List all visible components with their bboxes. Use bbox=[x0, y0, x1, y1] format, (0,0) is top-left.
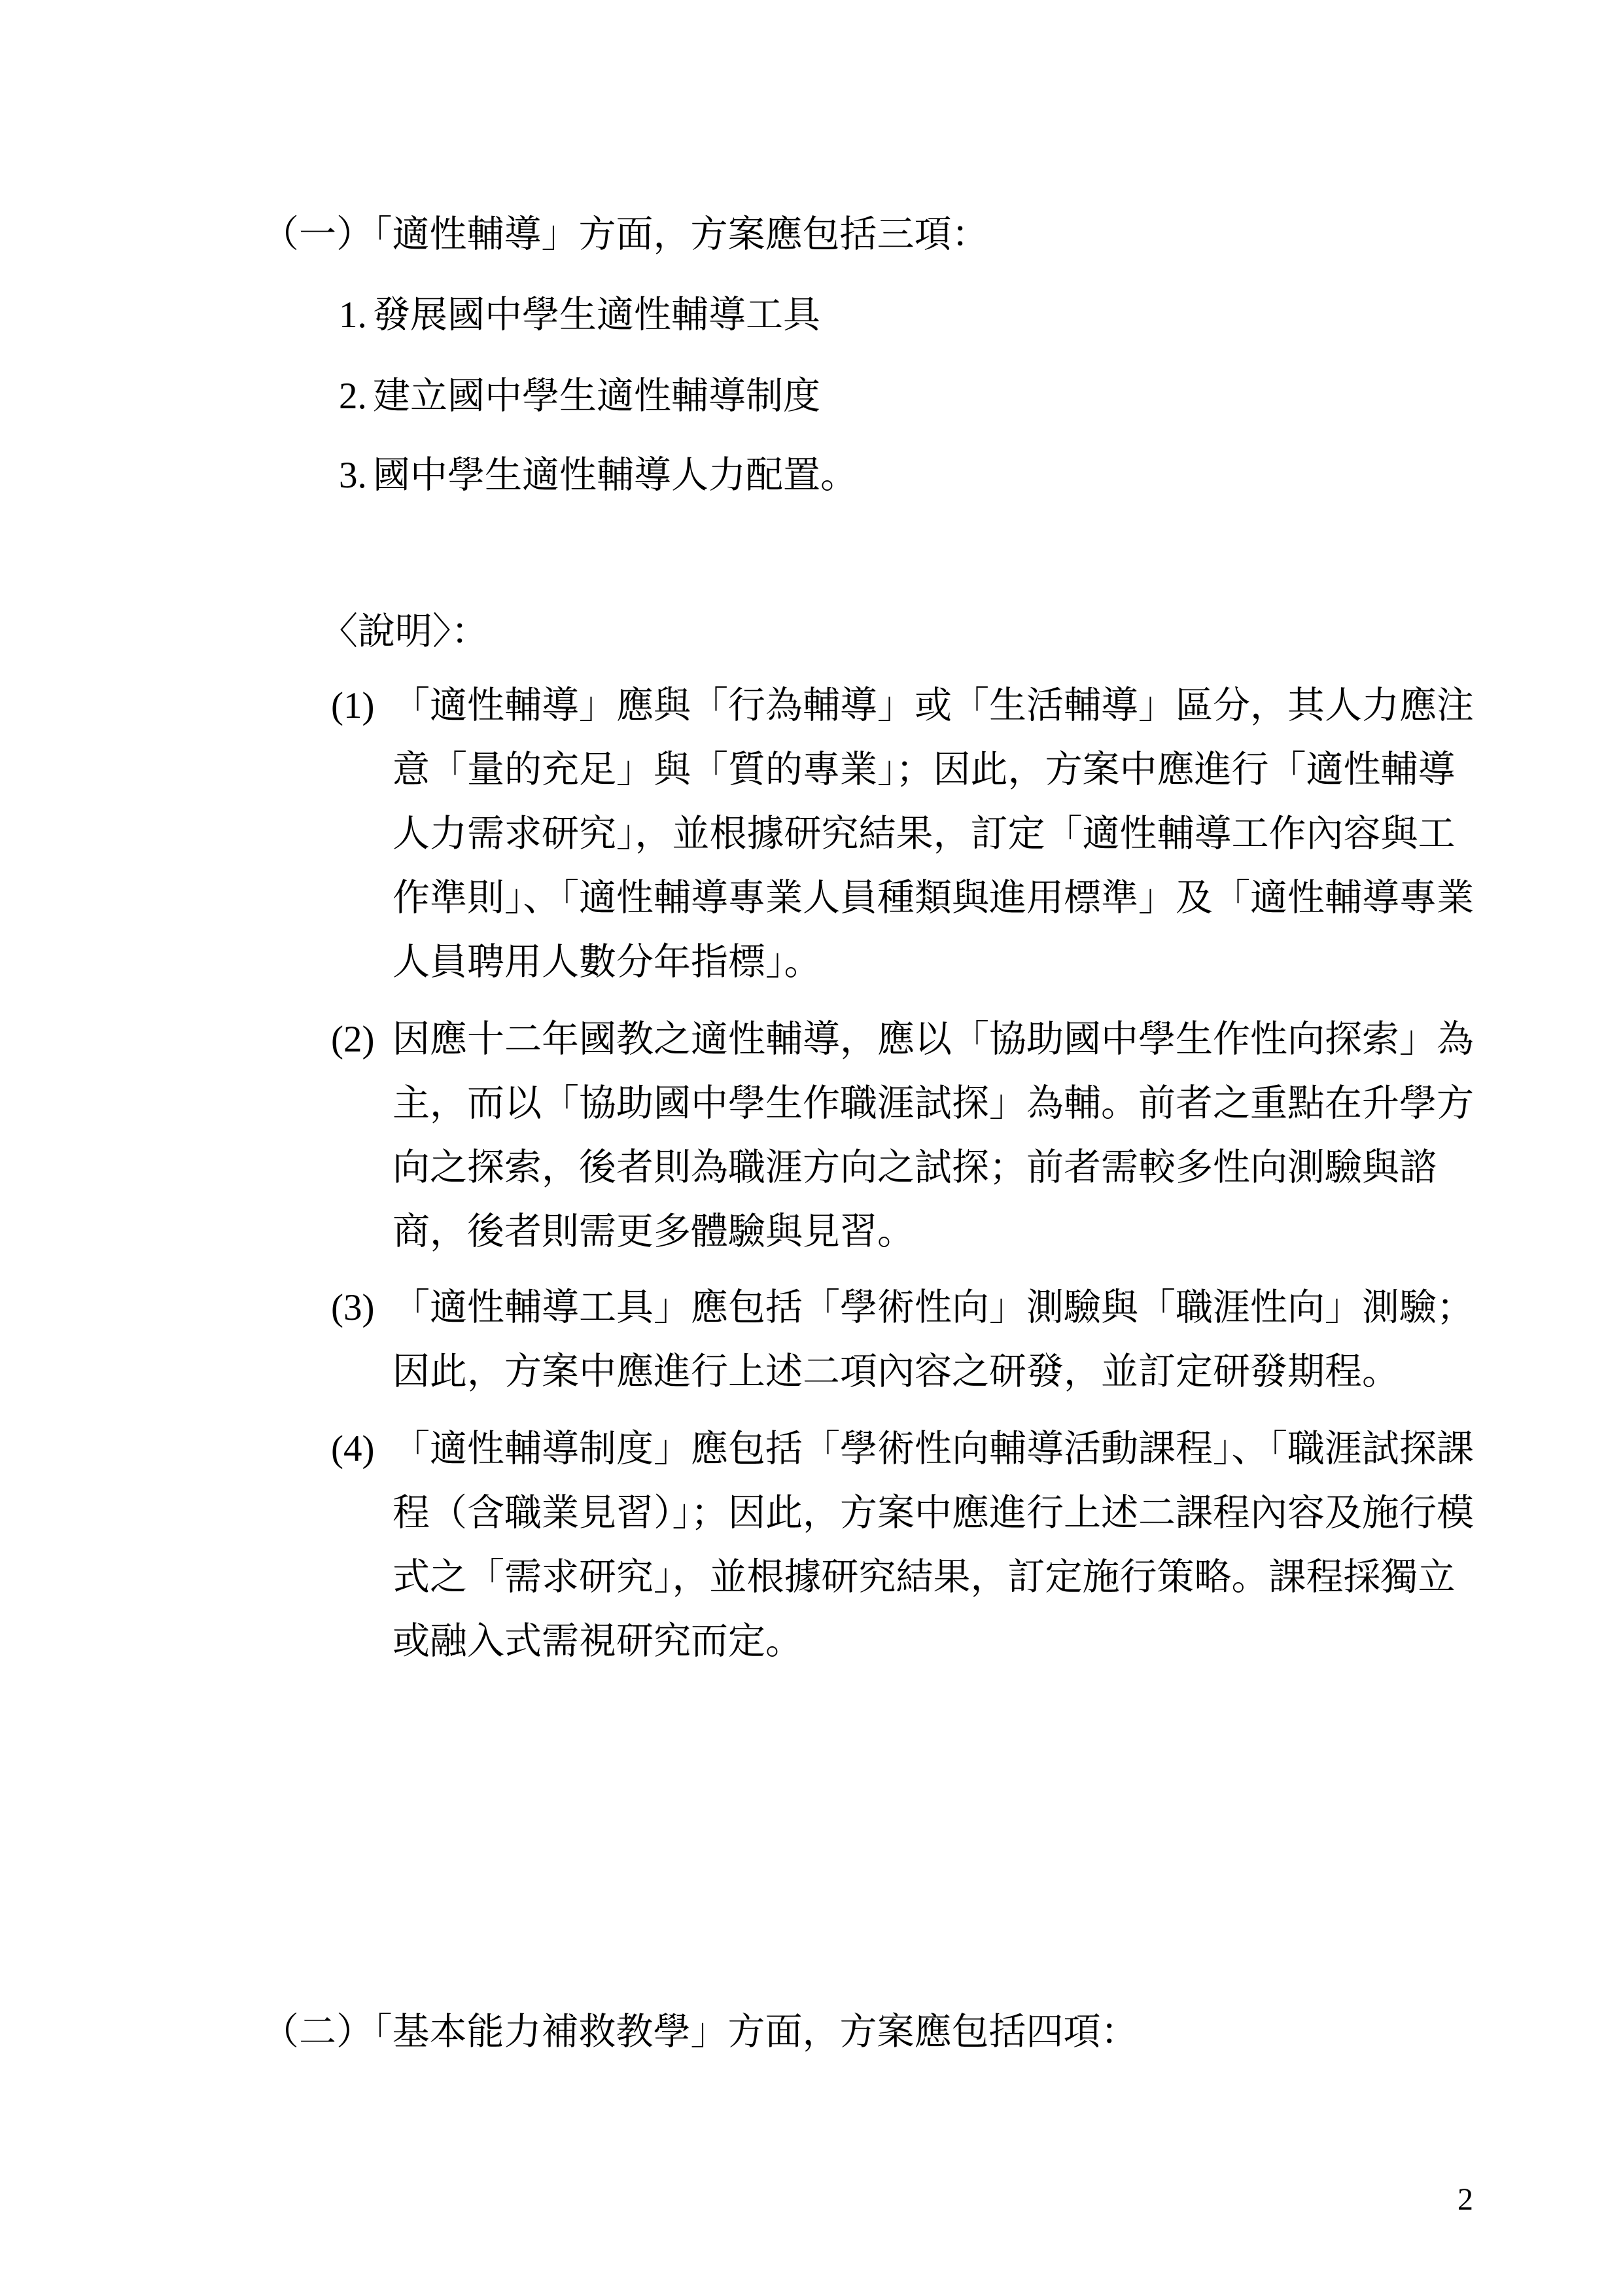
paragraph-line-text: 「適性輔導工具」應包括「學術性向」測驗與「職涯性向」測驗； bbox=[393, 1287, 1474, 1328]
explanation-paragraph-4: (4)「適性輔導制度」應包括「學術性向輔導活動課程」、「職涯試探課 程（含職業見… bbox=[331, 1417, 1474, 1674]
list-item-text: 國中學生適性輔導人力配置。 bbox=[373, 455, 858, 496]
paragraph-line: 人力需求研究」，並根據研究結果，訂定「適性輔導工作內容與工 bbox=[393, 802, 1474, 866]
list-item-marker: 2. bbox=[339, 364, 373, 429]
paragraph-line: (1)「適性輔導」應與「行為輔導」或「生活輔導」區分，其人力應注 bbox=[331, 674, 1474, 738]
paragraph-line: 因此，方案中應進行上述二項內容之研發，並訂定研發期程。 bbox=[393, 1340, 1474, 1404]
paragraph-marker: (4) bbox=[331, 1417, 393, 1481]
paragraph-marker: (3) bbox=[331, 1276, 393, 1340]
explanation-paragraph-1: (1)「適性輔導」應與「行為輔導」或「生活輔導」區分，其人力應注 意「量的充足」… bbox=[331, 674, 1474, 995]
list-item: 2.建立國中學生適性輔導制度 bbox=[339, 364, 820, 429]
explanation-paragraph-3: (3)「適性輔導工具」應包括「學術性向」測驗與「職涯性向」測驗； 因此，方案中應… bbox=[331, 1276, 1474, 1404]
list-item-text: 發展國中學生適性輔導工具 bbox=[373, 294, 820, 336]
explanation-paragraph-2: (2)因應十二年國教之適性輔導，應以「協助國中學生作性向探索」為 主，而以「協助… bbox=[331, 1008, 1474, 1264]
paragraph-line: 向之探索，後者則為職涯方向之試探；前者需較多性向測驗與諮 bbox=[393, 1136, 1474, 1200]
paragraph-line: (3)「適性輔導工具」應包括「學術性向」測驗與「職涯性向」測驗； bbox=[331, 1276, 1474, 1340]
paragraph-line: (2)因應十二年國教之適性輔導，應以「協助國中學生作性向探索」為 bbox=[331, 1008, 1474, 1072]
paragraph-line: 人員聘用人數分年指標」。 bbox=[393, 930, 1474, 995]
paragraph-line: 或融入式需視研究而定。 bbox=[393, 1610, 1474, 1674]
paragraph-line: 主，而以「協助國中學生作職涯試探」為輔。前者之重點在升學方 bbox=[393, 1072, 1474, 1136]
list-item-marker: 3. bbox=[339, 444, 373, 508]
section-two-heading: （二）「基本能力補救教學」方面，方案應包括四項： bbox=[262, 2000, 1138, 2064]
paragraph-line-text: 因應十二年國教之適性輔導，應以「協助國中學生作性向探索」為 bbox=[393, 1019, 1474, 1060]
paragraph-line: 程（含職業見習）」；因此，方案中應進行上述二課程內容及施行模 bbox=[393, 1481, 1474, 1545]
section-one-heading: （一）「適性輔導」方面，方案應包括三項： bbox=[262, 203, 989, 267]
document-page: （一）「適性輔導」方面，方案應包括三項： 1.發展國中學生適性輔導工具 2.建立… bbox=[0, 0, 1623, 2296]
list-item: 1.發展國中學生適性輔導工具 bbox=[339, 283, 820, 347]
paragraph-line: 商，後者則需更多體驗與見習。 bbox=[393, 1200, 1474, 1264]
list-item-text: 建立國中學生適性輔導制度 bbox=[373, 376, 820, 417]
paragraph-marker: (1) bbox=[331, 674, 393, 738]
page-number: 2 bbox=[1457, 2184, 1473, 2216]
list-item: 3.國中學生適性輔導人力配置。 bbox=[339, 444, 858, 508]
paragraph-line: 意「量的充足」與「質的專業」；因此，方案中應進行「適性輔導 bbox=[393, 738, 1474, 802]
explanation-label: 〈說明〉： bbox=[321, 600, 489, 664]
list-item-marker: 1. bbox=[339, 283, 373, 347]
paragraph-line: 式之「需求研究」，並根據研究結果，訂定施行策略。課程採獨立 bbox=[393, 1545, 1474, 1610]
paragraph-line-text: 「適性輔導制度」應包括「學術性向輔導活動課程」、「職涯試探課 bbox=[393, 1428, 1474, 1470]
paragraph-line-text: 「適性輔導」應與「行為輔導」或「生活輔導」區分，其人力應注 bbox=[393, 685, 1474, 726]
paragraph-line: (4)「適性輔導制度」應包括「學術性向輔導活動課程」、「職涯試探課 bbox=[331, 1417, 1474, 1481]
paragraph-marker: (2) bbox=[331, 1008, 393, 1072]
paragraph-line: 作準則」、「適性輔導專業人員種類與進用標準」及「適性輔導專業 bbox=[393, 866, 1474, 930]
